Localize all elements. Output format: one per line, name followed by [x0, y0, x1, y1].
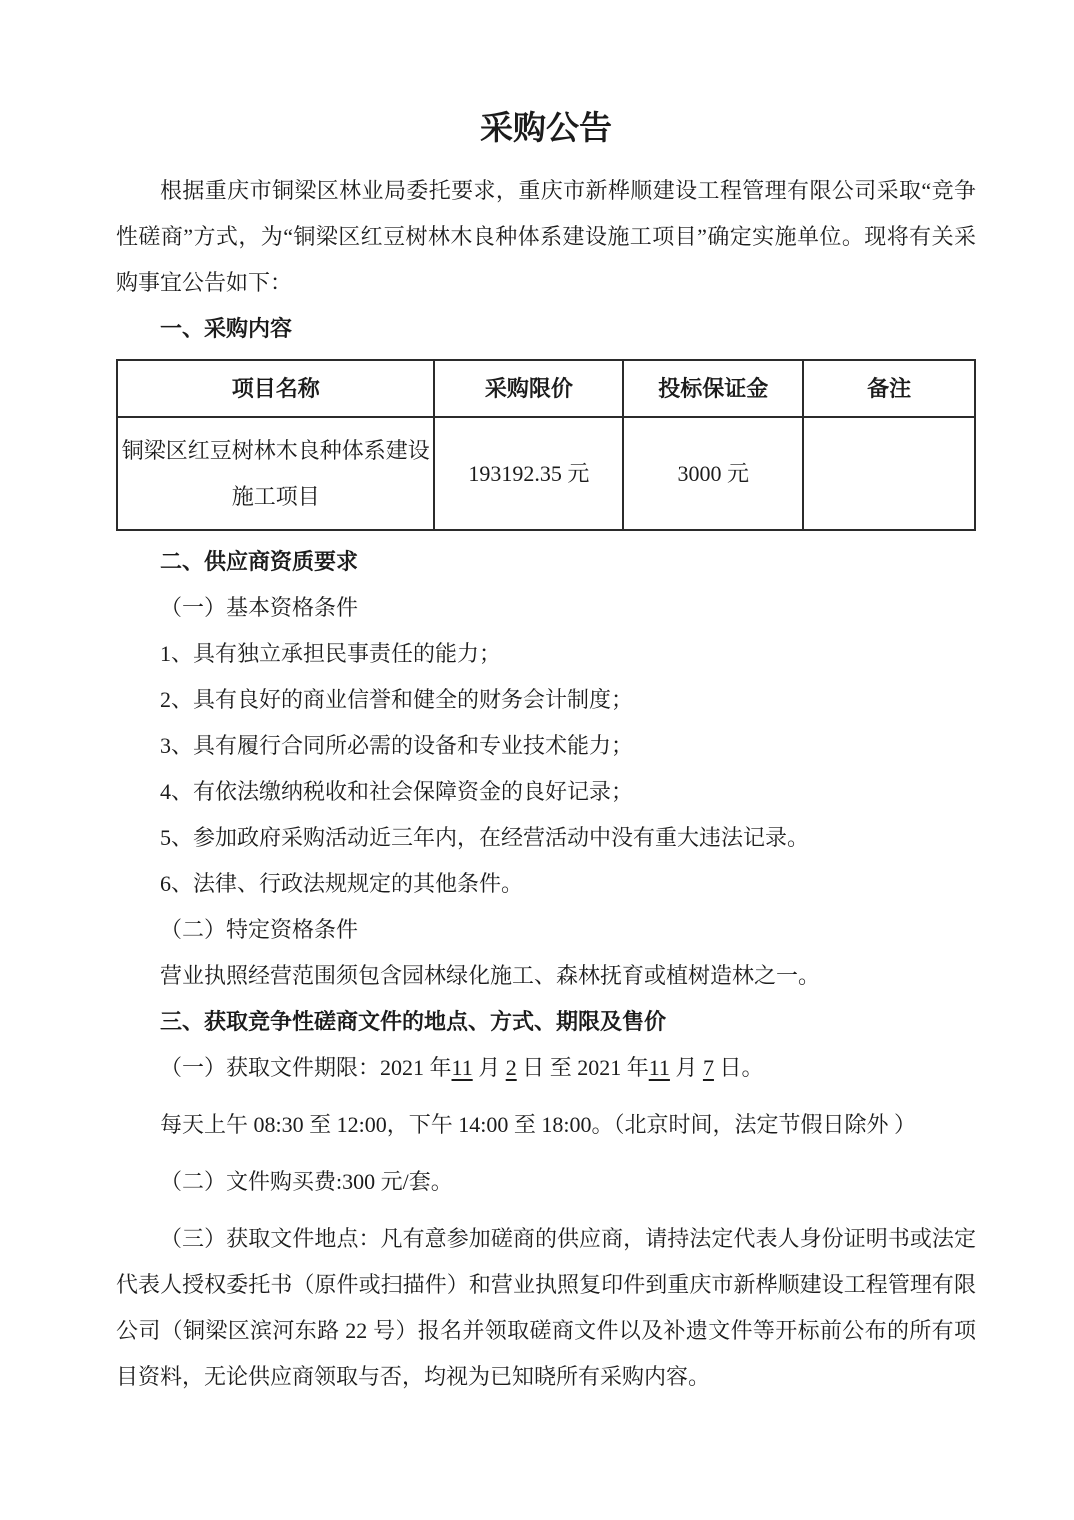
section-1-heading: 一、采购内容	[116, 306, 976, 352]
doc-title: 采购公告	[116, 106, 976, 150]
file-period-mid-3: 月	[670, 1055, 703, 1080]
file-period-suffix: 日。	[714, 1055, 764, 1080]
qualification-item-4: 4、有依法缴纳税收和社会保障资金的良好记录；	[116, 769, 976, 815]
basic-qualification-heading: （一）基本资格条件	[116, 585, 976, 631]
cell-bid-bond: 3000 元	[623, 417, 803, 530]
file-period-day-end: 7	[703, 1055, 714, 1080]
qualification-item-2: 2、具有良好的商业信誉和健全的财务会计制度；	[116, 677, 976, 723]
column-header-project-name: 项目名称	[117, 360, 434, 417]
table-row: 铜梁区红豆树林木良种体系建设施工项目 193192.35 元 3000 元	[117, 417, 975, 530]
intro-paragraph: 根据重庆市铜梁区林业局委托要求，重庆市新桦顺建设工程管理有限公司采取“竞争性磋商…	[116, 168, 976, 306]
column-header-bid-bond: 投标保证金	[623, 360, 803, 417]
qualification-item-5: 5、参加政府采购活动近三年内，在经营活动中没有重大违法记录。	[116, 815, 976, 861]
qualification-item-6: 6、法律、行政法规规定的其他条件。	[116, 861, 976, 907]
table-header-row: 项目名称 采购限价 投标保证金 备注	[117, 360, 975, 417]
purchase-fee-line: （二）文件购买费:300 元/套。	[116, 1159, 976, 1205]
section-3-heading: 三、获取竞争性磋商文件的地点、方式、期限及售价	[116, 999, 976, 1045]
column-header-remark: 备注	[803, 360, 975, 417]
specific-qualification-heading: （二）特定资格条件	[116, 907, 976, 953]
document-page: 采购公告 根据重庆市铜梁区林业局委托要求，重庆市新桦顺建设工程管理有限公司采取“…	[0, 0, 1074, 1520]
section-2-heading: 二、供应商资质要求	[116, 539, 976, 585]
file-period-prefix: （一）获取文件期限：2021 年	[160, 1055, 452, 1080]
file-location-paragraph: （三）获取文件地点：凡有意参加磋商的供应商，请持法定代表人身份证明书或法定代表人…	[116, 1216, 976, 1400]
file-period-mid-2: 日 至 2021 年	[517, 1055, 649, 1080]
qualification-item-1: 1、具有独立承担民事责任的能力；	[116, 631, 976, 677]
file-period-mid-1: 月	[473, 1055, 506, 1080]
qualification-item-3: 3、具有履行合同所必需的设备和专业技术能力；	[116, 723, 976, 769]
cell-remark	[803, 417, 975, 530]
file-period-month-start: 11	[452, 1055, 473, 1080]
business-scope-text: 营业执照经营范围须包含园林绿化施工、森林抚育或植树造林之一。	[116, 953, 976, 999]
cell-price-limit: 193192.35 元	[434, 417, 623, 530]
file-period-day-start: 2	[506, 1055, 517, 1080]
working-hours-line: 每天上午 08:30 至 12:00，下午 14:00 至 18:00。（北京时…	[116, 1102, 976, 1148]
file-period-line: （一）获取文件期限：2021 年11 月 2 日 至 2021 年11 月 7 …	[116, 1045, 976, 1091]
file-period-month-end: 11	[649, 1055, 670, 1080]
cell-project-name: 铜梁区红豆树林木良种体系建设施工项目	[117, 417, 434, 530]
procurement-table: 项目名称 采购限价 投标保证金 备注 铜梁区红豆树林木良种体系建设施工项目 19…	[116, 359, 976, 531]
column-header-price-limit: 采购限价	[434, 360, 623, 417]
